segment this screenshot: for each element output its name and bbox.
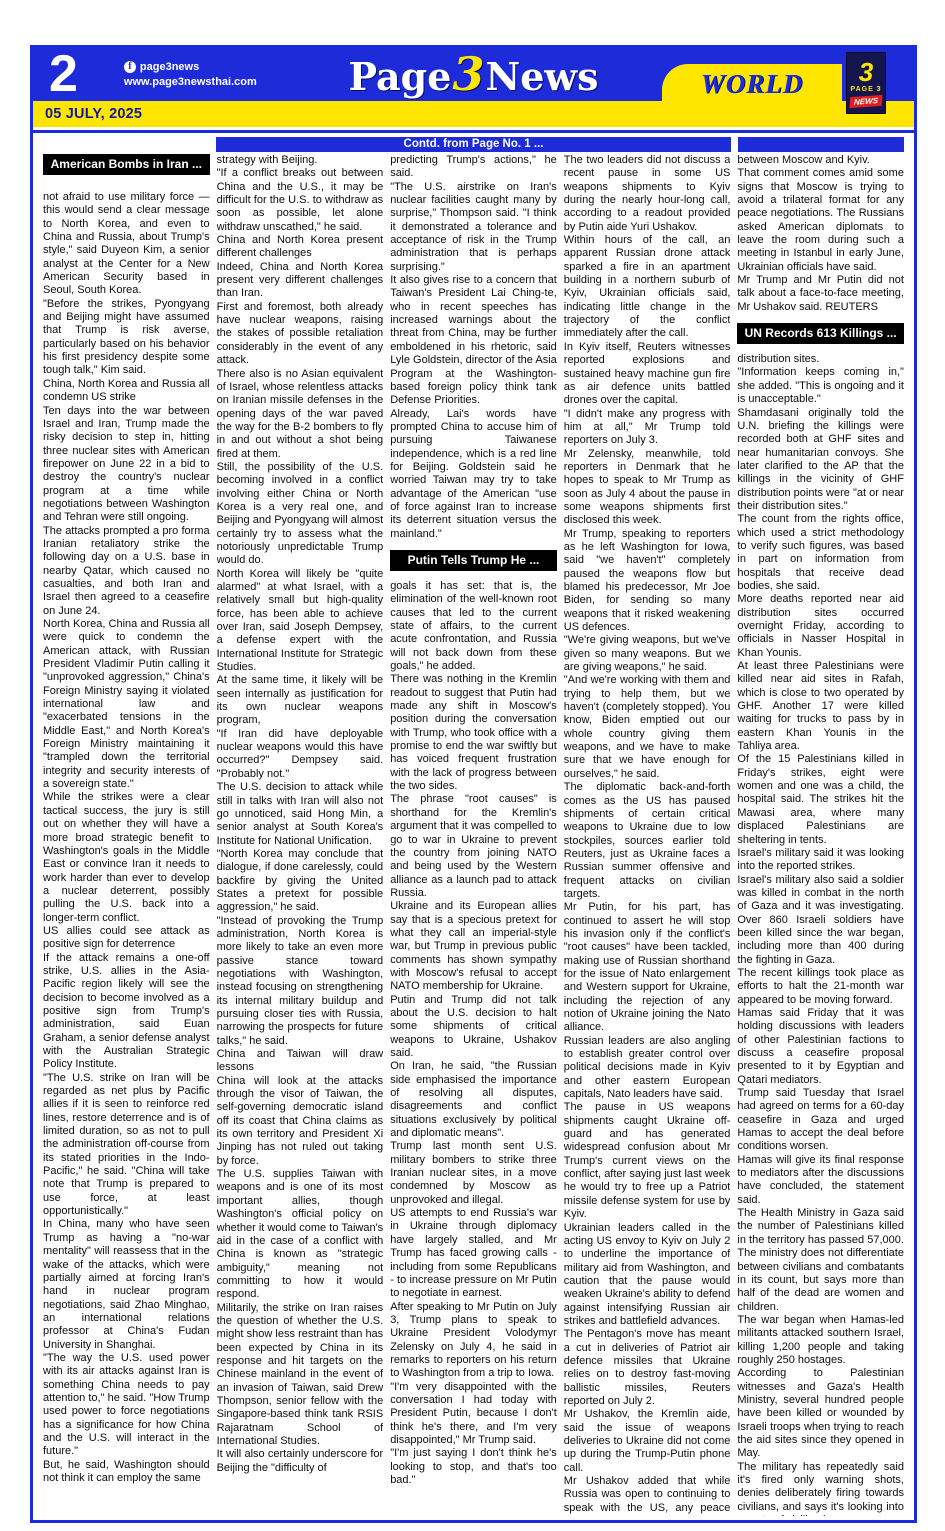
article-paragraph: Ukraine and its European allies say that… — [390, 900, 557, 993]
article-paragraph: Israel's military also said a soldier wa… — [737, 874, 904, 967]
article-paragraph: "I'm just saying I don't think he's look… — [390, 1447, 557, 1487]
website-url[interactable]: www.page3newsthai.com — [124, 76, 257, 88]
article-paragraph: Militarily, the strike on Iran raises th… — [217, 1302, 384, 1449]
article-paragraph: The recent killings took place as effort… — [737, 967, 904, 1007]
article-paragraph: The Health Ministry in Gaza said the num… — [737, 1207, 904, 1314]
article-paragraph: "North Korea may conclude that dialogue,… — [217, 848, 384, 915]
article-paragraph: But, he said, Washington should not thin… — [43, 1459, 210, 1486]
article-paragraph: After speaking to Mr Putin on July 3, Tr… — [390, 1301, 557, 1381]
article-paragraph: If the attack remains a one-off strike, … — [43, 952, 210, 1072]
article-paragraph: The Pentagon's move has meant a cut in d… — [564, 1328, 731, 1408]
article-paragraph: Still, the possibility of the U.S. becom… — [217, 461, 384, 568]
article-paragraph: China will look at the attacks through t… — [217, 1075, 384, 1168]
article-paragraph: The attacks prompted a pro forma Iranian… — [43, 525, 210, 618]
article-paragraph: The diplomatic back-and-forth comes as t… — [564, 781, 731, 901]
column-3: predicting Trump's actions," he said."Th… — [390, 154, 557, 1516]
banner-spacer — [43, 137, 209, 152]
article-paragraph: North Korea, China and Russia all were q… — [43, 618, 210, 791]
article-paragraph: "The way the U.S. used power with its ai… — [43, 1352, 210, 1459]
article-paragraph: It will also certainly underscore for Be… — [217, 1448, 384, 1475]
article-paragraph: between Moscow and Kyiv. — [737, 154, 904, 167]
facebook-icon: f — [124, 61, 136, 73]
article-paragraph: That comment comes amid some signs that … — [737, 167, 904, 274]
article-paragraph: Hamas will give its final response to me… — [737, 1154, 904, 1207]
article-paragraph: "If a conflict breaks out between China … — [217, 167, 384, 234]
article-paragraph: Within hours of the call, an apparent Ru… — [564, 234, 731, 341]
article-paragraph: "I didn't make any progress with him at … — [564, 408, 731, 448]
column-1: American Bombs in Iran ...not afraid to … — [43, 154, 210, 1516]
article-paragraph: Mr Ushakov, the Kremlin aide, said the i… — [564, 1408, 731, 1475]
article-paragraph: In China, many who have seen Trump as ha… — [43, 1218, 210, 1351]
article-paragraph: The war began when Hamas-led militants a… — [737, 1314, 904, 1367]
article-paragraph: not afraid to use military force — this … — [43, 191, 210, 298]
story-headline: American Bombs in Iran ... — [43, 154, 210, 175]
masthead-part2: News — [485, 53, 598, 98]
article-paragraph: Russian leaders are also angling to esta… — [564, 1035, 731, 1102]
header-band: 2 f page3news www.page3newsthai.com Page… — [33, 48, 914, 101]
article-paragraph: At least three Palestinians were killed … — [737, 660, 904, 753]
article-paragraph: US allies could see attack as positive s… — [43, 925, 210, 952]
article-paragraph: "Information keeps coming in," she added… — [737, 366, 904, 406]
article-paragraph: The U.S. decision to attack while still … — [217, 781, 384, 848]
section-tag: WORLD — [662, 64, 842, 104]
article-paragraph: Trump last month sent U.S. military bomb… — [390, 1140, 557, 1207]
column-2: strategy with Beijing."If a conflict bre… — [217, 154, 384, 1516]
issue-date: 05 JULY, 2025 — [45, 106, 142, 122]
article-paragraph: On Iran, he said, "the Russian side emph… — [390, 1060, 557, 1140]
newspaper-page-frame: 2 f page3news www.page3newsthai.com Page… — [30, 45, 917, 1523]
article-paragraph: Indeed, China and North Korea present ve… — [217, 261, 384, 301]
page-number: 2 — [49, 51, 76, 99]
article-paragraph: First and foremost, both already have nu… — [217, 301, 384, 368]
article-paragraph: Of the 15 Palestinians killed in Friday'… — [737, 753, 904, 846]
masthead-part1: Page — [349, 53, 452, 98]
article-paragraph: Mr Ushakov added that while Russia was o… — [564, 1475, 731, 1516]
article-paragraph: The pause in US weapons shipments caught… — [564, 1101, 731, 1221]
article-paragraph: The phrase "root causes" is shorthand fo… — [390, 793, 557, 900]
article-paragraph: Shamdasani originally told the U.N. brie… — [737, 407, 904, 514]
masthead-accent-3: 3 — [451, 46, 485, 100]
article-paragraph: China and Taiwan will draw lessons — [217, 1048, 384, 1075]
article-paragraph: There was nothing in the Kremlin readout… — [390, 673, 557, 793]
article-paragraph: "We're giving weapons, but we've given s… — [564, 634, 731, 674]
article-paragraph: It also gives rise to a concern that Tai… — [390, 274, 557, 407]
article-paragraph: Trump said Tuesday that Israel had agree… — [737, 1087, 904, 1154]
article-paragraph: "The U.S. airstrike on Iran's nuclear fa… — [390, 181, 557, 274]
article-paragraph: According to Palestinian witnesses and G… — [737, 1367, 904, 1460]
article-paragraph: "I'm very disappointed with the conversa… — [390, 1381, 557, 1448]
article-paragraph: US attempts to end Russia's war in Ukrai… — [390, 1207, 557, 1300]
date-band: 05 JULY, 2025 — [33, 101, 914, 127]
article-paragraph: Putin and Trump did not talk about the U… — [390, 994, 557, 1061]
article-paragraph: More deaths reported near aid distributi… — [737, 593, 904, 660]
page3-logo: 3 PAGE 3 NEWS — [846, 52, 886, 114]
article-paragraph: Mr Trump and Mr Putin did not talk about… — [737, 274, 904, 314]
article-paragraph: Hamas said Friday that it was holding di… — [737, 1007, 904, 1087]
article-paragraph: "Before the strikes, Pyongyang and Beiji… — [43, 298, 210, 378]
masthead-title: Page3News — [349, 46, 599, 100]
logo-number: 3 — [859, 60, 873, 84]
article-paragraph: China and North Korea present different … — [217, 234, 384, 261]
divider-rule — [33, 130, 914, 133]
article-paragraph: Mr Trump, speaking to reporters as he le… — [564, 528, 731, 635]
column-5: between Moscow and Kyiv.That comment com… — [737, 154, 904, 1516]
article-paragraph: distribution sites. — [737, 353, 904, 366]
article-paragraph: The U.S. supplies Taiwan with weapons an… — [217, 1168, 384, 1301]
article-paragraph: China, North Korea and Russia all condem… — [43, 378, 210, 405]
article-paragraph: Ten days into the war between Israel and… — [43, 405, 210, 525]
article-paragraph: The count from the rights office, which … — [737, 513, 904, 593]
article-paragraph: predicting Trump's actions," he said. — [390, 154, 557, 181]
article-paragraph: "The U.S. strike on Iran will be regarde… — [43, 1072, 210, 1219]
article-paragraph: Ukrainian leaders called in the acting U… — [564, 1222, 731, 1329]
logo-subtitle: PAGE 3 — [850, 86, 881, 93]
article-paragraph: In Kyiv itself, Reuters witnesses report… — [564, 341, 731, 408]
story-headline: Putin Tells Trump He ... — [390, 550, 557, 571]
article-paragraph: There also is no Asian equivalent of Isr… — [217, 368, 384, 461]
article-paragraph: At the same time, it likely will be seen… — [217, 674, 384, 727]
article-paragraph: The two leaders did not discuss a recent… — [564, 154, 731, 234]
blue-strip — [738, 137, 904, 152]
section-label: WORLD — [701, 69, 804, 100]
contd-banner: Contd. from Page No. 1 ... — [216, 137, 730, 152]
article-paragraph: "If Iran did have deployable nuclear wea… — [217, 728, 384, 781]
article-paragraph: The military has repeatedly said it's fi… — [737, 1461, 904, 1516]
logo-news-badge: NEWS — [849, 94, 882, 107]
story-headline: UN Records 613 Killings ... — [737, 323, 904, 344]
article-paragraph: Mr Zelensky, meanwhile, told reporters i… — [564, 448, 731, 528]
article-paragraph: strategy with Beijing. — [217, 154, 384, 167]
article-paragraph: goals it has set: that is, the eliminati… — [390, 580, 557, 673]
article-paragraph: While the strikes were a clear tactical … — [43, 791, 210, 924]
article-paragraph: "Instead of provoking the Trump administ… — [217, 915, 384, 1048]
facebook-handle: page3news — [140, 61, 199, 73]
article-paragraph: Already, Lai's words have prompted China… — [390, 408, 557, 541]
banner-row: Contd. from Page No. 1 ... — [33, 137, 914, 152]
article-paragraph: Mr Putin, for his part, has continued to… — [564, 901, 731, 1034]
article-paragraph: North Korea will likely be "quite alarme… — [217, 568, 384, 675]
article-paragraph: Israel's military said it was looking in… — [737, 847, 904, 874]
article-paragraph: "And we're working with them and trying … — [564, 674, 731, 781]
social-block: f page3news www.page3newsthai.com — [124, 61, 257, 88]
article-columns: American Bombs in Iran ...not afraid to … — [33, 152, 914, 1516]
column-4: The two leaders did not discuss a recent… — [564, 154, 731, 1516]
